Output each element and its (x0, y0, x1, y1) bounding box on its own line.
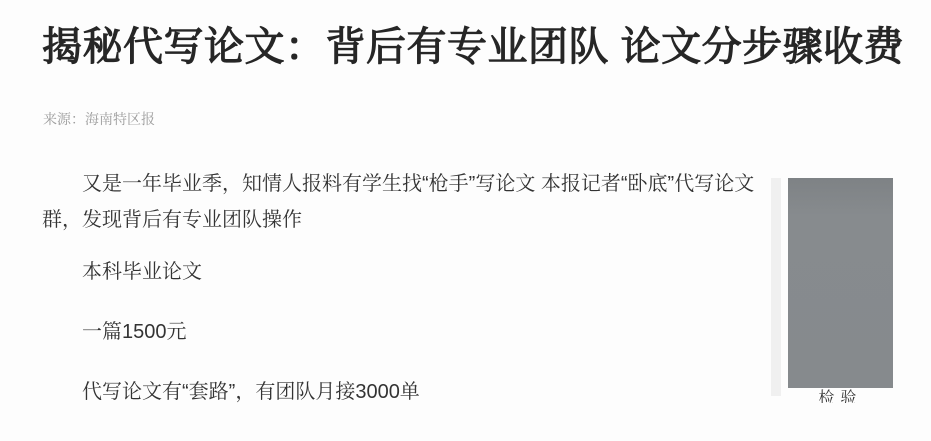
article-source: 来源：海南特区报 (43, 110, 155, 128)
image-caption: 检验 (788, 389, 893, 403)
paragraph-subhead-thesis: 本科毕业论文 (42, 254, 774, 290)
article-content: 又是一年毕业季，知情人报料有学生找“枪手”写论文 本报记者“卧底”代写论文群，发… (0, 160, 931, 403)
paragraph-subhead-routine: 代写论文有“套路”，有团队月接3000单 (42, 374, 774, 403)
paragraph-subhead-price: 一篇1500元 (42, 314, 774, 350)
article-body: 又是一年毕业季，知情人报料有学生找“枪手”写论文 本报记者“卧底”代写论文群，发… (42, 166, 774, 403)
paragraph-intro: 又是一年毕业季，知情人报料有学生找“枪手”写论文 本报记者“卧底”代写论文群，发… (42, 166, 774, 238)
figure-left-strip (771, 178, 781, 396)
article-image-placeholder (788, 178, 893, 388)
article-page: 揭秘代写论文：背后有专业团队 论文分步骤收费 来源：海南特区报 又是一年毕业季，… (0, 0, 931, 441)
article-title: 揭秘代写论文：背后有专业团队 论文分步骤收费 (42, 22, 902, 72)
